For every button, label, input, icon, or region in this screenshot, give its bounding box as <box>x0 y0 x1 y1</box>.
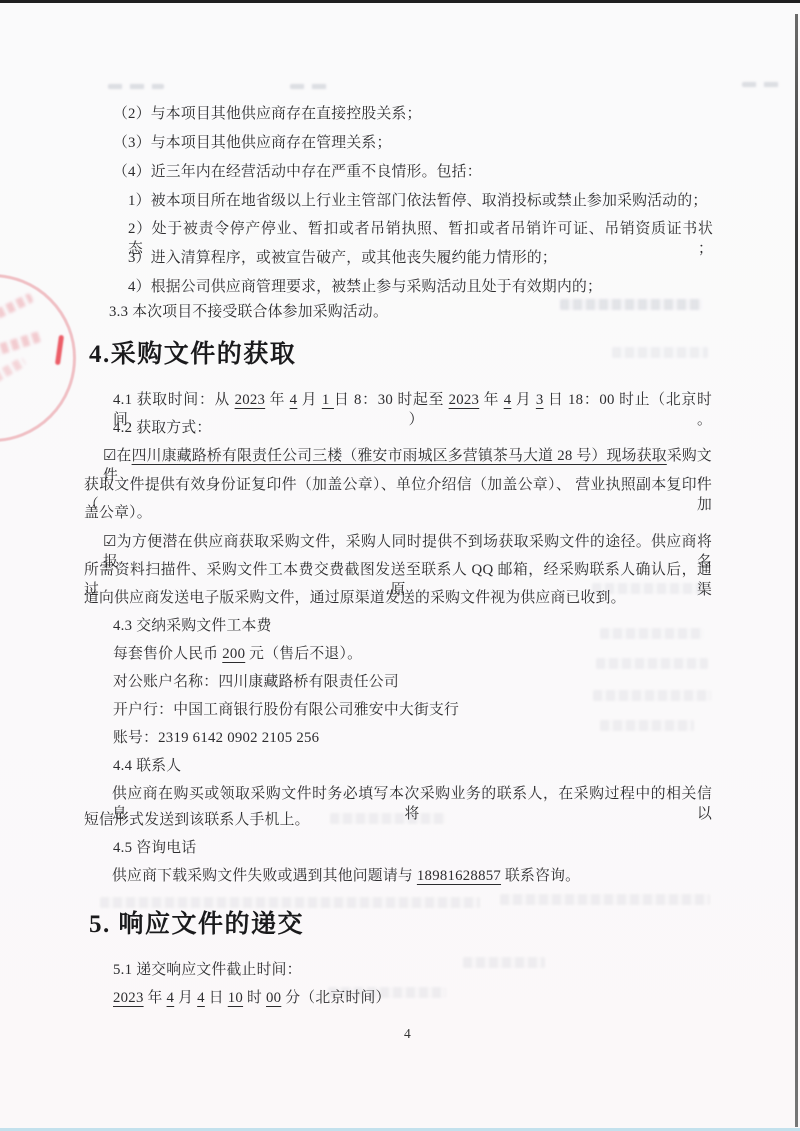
seal-arc-mark <box>55 335 64 365</box>
clause-4-2-method-label: 4.2 获取方式： <box>113 418 211 438</box>
method-remote-line1: ☑为方便潜在供应商获取采购文件，采购人同时提供不到场获取采购文件的途径。供应商将… <box>103 532 712 552</box>
method-remote-line2: 所需资料扫描件、采购文件工本费交费截图发送至联系人 QQ 邮箱，经采购联系人确认… <box>84 560 712 580</box>
contact-line2: 短信形式发送到该联系人手机上。 <box>84 810 310 830</box>
clause-3-3: （3）与本项目其他供应商存在管理关系； <box>113 133 392 153</box>
clause-5-1-deadline-label: 5.1 递交响应文件截止时间： <box>113 960 302 980</box>
page-number: 4 <box>404 1026 411 1042</box>
clause-4-4-contact-label: 4.4 联系人 <box>113 756 181 776</box>
method-remote-line3: 道向供应商发送电子版采购文件，通过原渠道发送的采购文件视为供应商已收到。 <box>84 588 626 608</box>
clause-3-4-sub3: 3）进入清算程序，或被宣告破产，或其他丧失履约能力情形的； <box>128 248 557 268</box>
text-segment: 元（售后不退）。 <box>245 646 362 662</box>
clause-3-2: （2）与本项目其他供应商存在直接控股关系； <box>113 104 422 124</box>
underlined-hour: 10 <box>228 990 243 1006</box>
method-onsite-line2: 获取文件提供有效身份证复印件（加盖公章）、单位介绍信（加盖公章）、 营业执照副本… <box>84 475 712 495</box>
bleed-through-mark <box>500 894 710 905</box>
text-segment: 月 <box>297 392 322 408</box>
contact-line1: 供应商在购买或领取采购文件时务必填写本次采购业务的联系人，在采购过程中的相关信息… <box>112 784 712 804</box>
clause-3-4-sub1: 1）被本项目所在地省级以上行业主管部门依法暂停、取消投标或禁止参加采购活动的； <box>128 191 707 211</box>
bank-line: 开户行：中国工商银行股份有限公司雅安中大街支行 <box>113 700 459 720</box>
text-segment: 每套售价人民币 <box>113 646 222 662</box>
underlined-year: 2023 <box>113 990 144 1006</box>
scan-edge-right <box>795 14 798 1127</box>
bleed-through-mark <box>593 690 711 701</box>
bleed-through-mark <box>600 628 704 639</box>
text-segment: 日 8：30 时起至 <box>334 392 449 408</box>
clause-3-4-sub2: 2）处于被责令停产停业、暂扣或者吊销执照、暂扣或者吊销许可证、吊销资质证书状态； <box>128 219 713 239</box>
underlined-price: 200 <box>222 646 245 662</box>
clause-3-3-no-consortium: 3.3 本次项目不接受联合体参加采购活动。 <box>109 302 388 322</box>
method-onsite-line3: 盖公章）。 <box>84 503 152 523</box>
checked-checkbox-icon: ☑ <box>103 534 117 550</box>
section-5-title: 5. 响应文件的递交 <box>89 904 304 940</box>
underlined-phone-number: 18981628857 <box>417 868 501 884</box>
section-4-title: 4.采购文件的获取 <box>89 334 296 370</box>
underlined-address: 四川康藏路桥有限责任公司三楼（雅安市雨城区多营镇茶马大道 28 号）现场获取 <box>132 448 667 464</box>
text-segment: 在 <box>117 448 132 464</box>
phone-line: 供应商下载采购文件失败或遇到其他问题请与 18981628857 联系咨询。 <box>112 866 580 886</box>
underlined-day: 1 <box>322 392 334 408</box>
text-segment: 分（北京时间） <box>281 990 390 1006</box>
clause-4-3-fee-label: 4.3 交纳采购文件工本费 <box>113 616 272 636</box>
bleed-through-mark <box>612 347 708 358</box>
bleed-through-mark <box>560 299 702 310</box>
fee-price-line: 每套售价人民币 200 元（售后不退）。 <box>113 644 362 664</box>
clause-4-5-phone-label: 4.5 咨询电话 <box>113 838 196 858</box>
deadline-date-line: 2023 年 4 月 4 日 10 时 00 分（北京时间） <box>113 988 391 1008</box>
text-segment: 年 <box>479 392 504 408</box>
method-onsite-line1: ☑在四川康藏路桥有限责任公司三楼（雅安市雨城区多营镇茶马大道 28 号）现场获取… <box>103 446 712 466</box>
clause-3-4: （4）近三年内在经营活动中存在严重不良情形。包括： <box>113 162 482 182</box>
text-segment: 联系咨询。 <box>501 868 580 884</box>
scan-edge-top <box>0 0 800 3</box>
bleed-through-mark <box>596 658 708 669</box>
underlined-day: 3 <box>536 392 544 408</box>
text-segment: 日 <box>205 990 228 1006</box>
account-name-line: 对公账户名称：四川康藏路桥有限责任公司 <box>113 672 399 692</box>
text-segment: 年 <box>265 392 290 408</box>
underlined-year: 2023 <box>235 392 266 408</box>
scanned-document-page: （2）与本项目其他供应商存在直接控股关系； （3）与本项目其他供应商存在管理关系… <box>0 0 800 1131</box>
red-seal-stamp <box>0 274 76 442</box>
bleed-through-mark <box>290 84 330 89</box>
text-segment: 4.1 获取时间：从 <box>113 392 235 408</box>
underlined-year: 2023 <box>449 392 480 408</box>
bleed-through-mark <box>463 957 545 968</box>
text-segment: 年 <box>144 990 167 1006</box>
underlined-day: 4 <box>197 990 205 1006</box>
bleed-through-mark <box>600 720 694 731</box>
bleed-through-mark <box>108 84 164 89</box>
text-segment: 供应商下载采购文件失败或遇到其他问题请与 <box>112 868 417 884</box>
text-segment: 时 <box>243 990 266 1006</box>
underlined-minute: 00 <box>266 990 281 1006</box>
clause-4-1-acquisition-time: 4.1 获取时间：从 2023 年 4 月 1 日 8：30 时起至 2023 … <box>113 390 712 410</box>
seal-texture <box>0 357 27 416</box>
checked-checkbox-icon: ☑ <box>103 448 117 464</box>
bleed-through-mark <box>742 82 782 87</box>
clause-3-4-sub4: 4）根据公司供应商管理要求，被禁止参与采购活动且处于有效期内的； <box>128 277 602 297</box>
account-number-line: 账号：2319 6142 0902 2105 256 <box>113 728 319 748</box>
text-segment: 月 <box>174 990 197 1006</box>
text-segment: 月 <box>511 392 536 408</box>
